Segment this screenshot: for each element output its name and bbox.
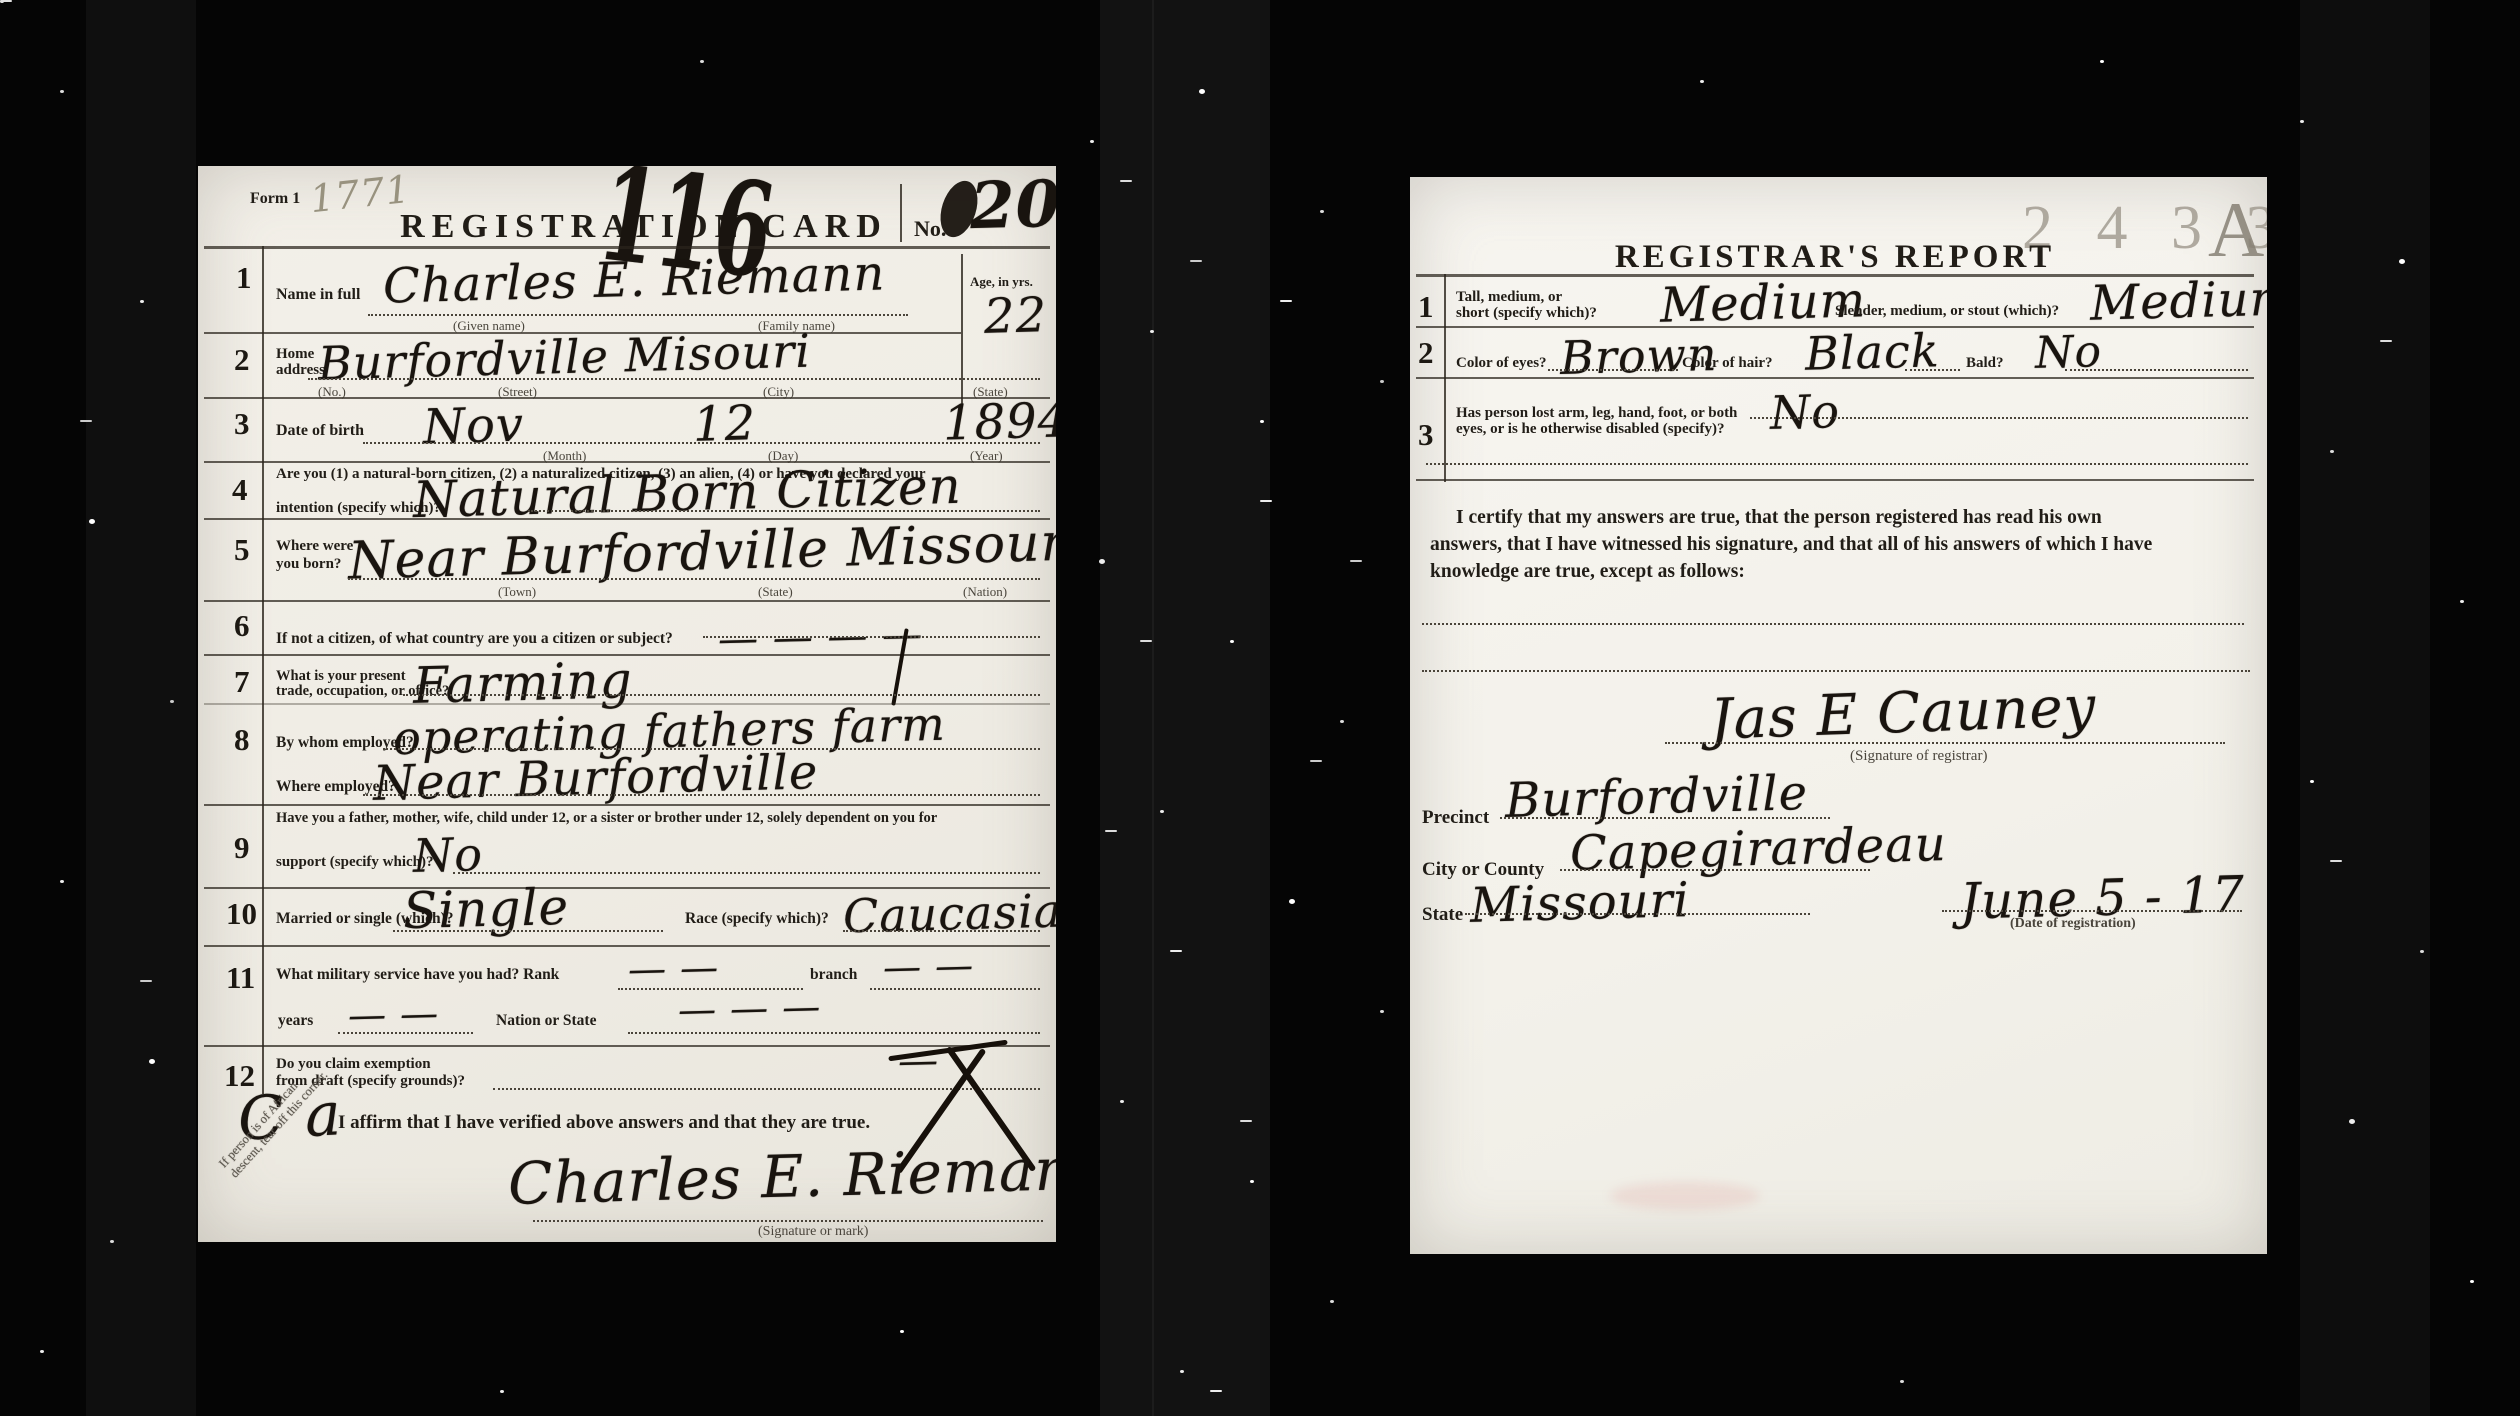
exceptions-dotted-line-2 — [1422, 670, 2250, 672]
registrars-report-card: 2 4 3 3 A REGISTRAR'S REPORT 1 Tall, med… — [1410, 177, 2267, 1254]
build-label: Slender, medium, or stout (which)? — [1835, 303, 2059, 320]
registrar-signature: Jas E Cauney — [1709, 674, 2097, 752]
eyes-label: Color of eyes? — [1456, 355, 1547, 372]
registration-date-dotted-line — [1942, 910, 2242, 912]
pink-smudge — [1610, 1182, 1760, 1210]
hair-label: Color of hair? — [1682, 355, 1773, 372]
header-rule — [204, 246, 1050, 249]
birthdate-dotted-line — [363, 442, 1040, 444]
film-scratch — [1152, 0, 1154, 1416]
dependents-label-2: support (specify which)? — [276, 854, 434, 871]
precinct-label: Precinct — [1422, 807, 1489, 829]
report-row3-number: 3 — [1418, 417, 1434, 453]
town-sublabel: (Town) — [498, 584, 536, 600]
state-label: State — [1422, 904, 1463, 926]
signature-or-mark-label: (Signature or mark) — [758, 1224, 868, 1240]
certify-line-3: knowledge are true, except as follows: — [1430, 561, 1745, 583]
report-row3-separator — [1416, 479, 2254, 481]
microfilm-scan: Form 1 1771 REGISTRATION CARD 116 No. 20… — [0, 0, 2520, 1416]
race-value: Caucasian — [842, 883, 1056, 944]
state-value: Missouri — [1469, 872, 1690, 934]
citizen-dotted-line — [528, 510, 1040, 512]
born-where-label-1: Where were — [276, 538, 353, 555]
registration-card: Form 1 1771 REGISTRATION CARD 116 No. 20… — [198, 166, 1056, 1242]
precinct-value: Burfordville — [1504, 765, 1808, 829]
city-county-dotted-line — [1560, 869, 1870, 871]
race-label: Race (specify which)? — [685, 910, 829, 928]
no-value: 20 — [969, 167, 1056, 244]
address-dotted-line — [308, 378, 1040, 380]
state-dotted-line — [1465, 913, 1810, 915]
branch-dotted-line — [870, 988, 1040, 990]
age-cell-divider — [961, 254, 963, 404]
nation-state-value: — — — — [677, 984, 821, 1032]
military-rank-label: What military service have you had? Rank — [276, 966, 559, 984]
name-dotted-line — [368, 314, 908, 316]
hair-dotted-line — [1905, 369, 1960, 371]
years-value: — — — [347, 991, 439, 1037]
affirmation-text: I affirm that I have verified above answ… — [338, 1112, 870, 1134]
row1-number: 1 — [236, 260, 252, 296]
age-value: 22 — [983, 287, 1048, 345]
born-where-label-2: you born? — [276, 556, 341, 573]
where-employed-dotted-line — [363, 794, 1040, 796]
not-citizen-dotted-line — [703, 636, 1040, 638]
registrar-signature-dotted-line — [1665, 742, 2225, 744]
branch-label: branch — [810, 966, 857, 984]
birth-day-value: 12 — [692, 395, 757, 453]
disability-label-1: Has person lost arm, leg, hand, foot, or… — [1456, 405, 1737, 422]
exceptions-dotted-line-1 — [1422, 623, 2244, 625]
disability-value: No — [1769, 384, 1840, 440]
hair-value: Black — [1804, 323, 1940, 381]
birthdate-label: Date of birth — [276, 422, 364, 440]
bald-label: Bald? — [1966, 355, 2004, 372]
height-label-1: Tall, medium, or — [1456, 289, 1562, 306]
film-band-right — [2300, 0, 2430, 1416]
no-divider — [900, 184, 902, 242]
dependents-label-1: Have you a father, mother, wife, child u… — [276, 810, 937, 827]
trade-dotted-line — [403, 694, 1040, 696]
row7-number: 7 — [234, 664, 250, 700]
certify-line-1: I certify that my answers are true, that… — [1456, 507, 2102, 529]
report-row2-number: 2 — [1418, 335, 1434, 371]
row4-number: 4 — [232, 472, 248, 508]
registration-date-label: (Date of registration) — [2010, 916, 2136, 932]
born-where-dotted-line — [348, 578, 1040, 580]
row5-separator — [204, 600, 1050, 602]
report-title: REGISTRAR'S REPORT — [1410, 239, 2260, 276]
home-address-value: Burfordville Misouri — [317, 324, 811, 391]
rank-value: — — — [627, 945, 719, 991]
nation-sublabel: (Nation) — [963, 584, 1007, 600]
signature-dotted-line — [533, 1220, 1043, 1222]
film-streaks — [0, 0, 12, 2]
row9-number: 9 — [234, 830, 250, 866]
city-county-value: Capegirardeau — [1569, 816, 1947, 882]
film-band-left — [86, 0, 196, 1416]
race-dotted-line — [843, 930, 1040, 932]
report-row2-separator — [1416, 377, 2254, 379]
bald-dotted-line — [2065, 369, 2248, 371]
where-employed-value: Near Burfordville — [372, 744, 819, 812]
name-label: Name in full — [276, 286, 360, 304]
married-dotted-line — [393, 930, 663, 932]
build-value: Medium — [2089, 270, 2267, 331]
nation-state-label: Nation or State — [496, 1012, 596, 1030]
registrar-signature-label: (Signature of registrar) — [1850, 748, 1987, 765]
height-label-2: short (specify which)? — [1456, 305, 1597, 322]
row3-number: 3 — [234, 406, 250, 442]
exemption-value: — — [897, 1037, 939, 1084]
form-label: Form 1 — [250, 190, 300, 208]
row2-number: 2 — [234, 342, 250, 378]
name-value: Charles E. Riemann — [382, 245, 886, 314]
row10-number: 10 — [226, 896, 257, 932]
row6-number: 6 — [234, 608, 250, 644]
dependents-dotted-line — [453, 872, 1040, 874]
registrant-signature: Charles E. Riemann — [507, 1134, 1056, 1218]
years-dotted-line — [338, 1032, 473, 1034]
number-column-rule — [262, 246, 264, 1094]
row8-separator — [204, 804, 1050, 806]
row11-number: 11 — [226, 960, 255, 996]
disability-label-2: eyes, or is he otherwise disabled (speci… — [1456, 421, 1724, 438]
birth-month-value: Nov — [422, 397, 524, 456]
not-citizen-label: If not a citizen, of what country are yo… — [276, 630, 673, 648]
precinct-dotted-line — [1500, 817, 1830, 819]
row8-number: 8 — [234, 722, 250, 758]
report-row1-number: 1 — [1418, 289, 1434, 325]
film-band-middle — [1100, 0, 1270, 1416]
row5-number: 5 — [234, 532, 250, 568]
branch-value: — — — [882, 943, 974, 989]
dependents-value: No — [412, 827, 483, 883]
disability-dotted-line-1 — [1750, 417, 2248, 419]
row2-separator — [204, 397, 1050, 399]
disability-dotted-line-2 — [1426, 463, 2248, 465]
years-label: years — [278, 1012, 313, 1030]
nation-state-dotted-line — [628, 1032, 1040, 1034]
eyes-dotted-line — [1548, 369, 1678, 371]
home-address-label-1: Home — [276, 346, 314, 363]
state-sublabel-2: (State) — [758, 584, 793, 600]
certify-line-2: answers, that I have witnessed his signa… — [1430, 534, 2152, 556]
